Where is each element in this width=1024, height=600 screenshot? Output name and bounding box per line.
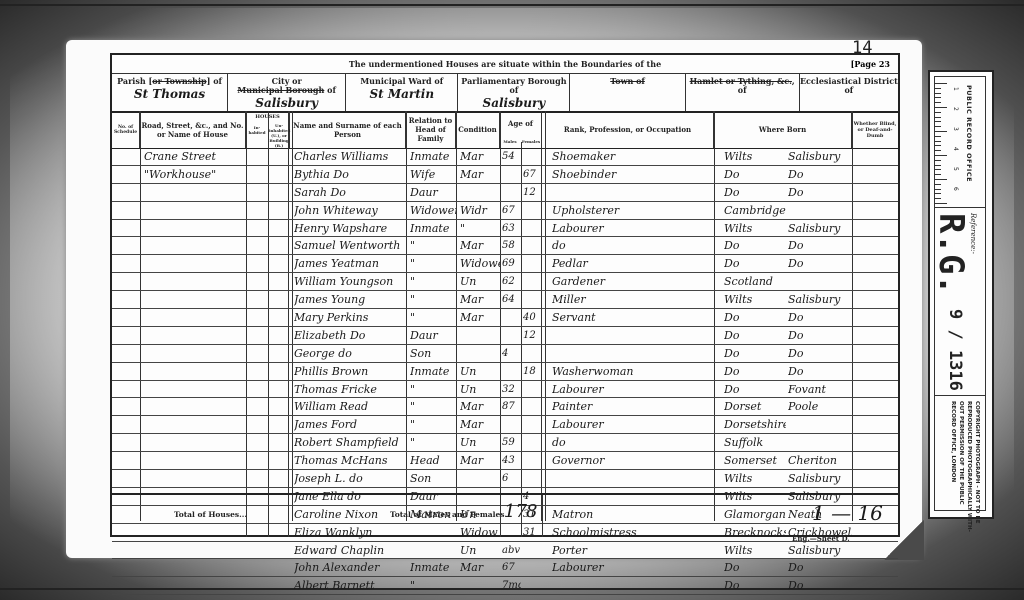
ruler-number: 6 [952,187,959,191]
cell-condition [460,470,500,487]
cell-condition: Mar [460,291,500,308]
cell-road [144,273,244,290]
cell-born-place: Do [788,309,852,326]
ruler-tick [935,179,947,180]
heading-text: The undermentioned Houses are situate wi… [349,59,661,69]
ruler-tick [935,97,941,98]
copyright-notice: COPYRIGHT PHOTOGRAPH - NOT TO BE REPRODU… [949,401,981,532]
cell-relation: " [410,398,456,415]
cell-born-place: Do [788,166,852,183]
table-row: Edward ChaplinUnabv 21PorterWiltsSalisbu… [112,542,898,560]
cell-occupation: do [552,237,712,254]
boundary-parliamentary: Parliamentary Borough of Salisbury [458,73,570,111]
ruler-tick [935,117,941,118]
cell-born-place: Do [788,577,852,594]
cell-male [502,327,521,344]
ruler-number: 4 [952,147,959,151]
ruler-tick [935,141,941,142]
cell-occupation [552,345,712,362]
ruler-tick [935,102,941,103]
boundary-ecclesiastical: Ecclesiastical District of [800,73,898,111]
cell-road [144,452,244,469]
ruler-tick [935,165,941,166]
cell-road [144,291,244,308]
ruler-tick [935,126,941,127]
cell-born-place: Salisbury [788,542,852,559]
cell-female [523,148,542,165]
cell-male: 63 [502,220,521,237]
cell-occupation: Shoebinder [552,166,712,183]
cell-relation: Daur [410,184,456,201]
cell-occupation [552,470,712,487]
ward-value: St Martin [346,87,457,101]
ruler-tick [935,93,941,94]
cell-female [523,220,542,237]
cell-born-county: Do [724,577,786,594]
cell-born-place: Fovant [788,381,852,398]
cell-occupation: Pedlar [552,255,712,272]
rule [268,495,269,537]
ruler-number: 1 [952,87,959,91]
header-name: Name and Surname of each Person [290,111,406,148]
cell-name: William Youngson [294,273,406,290]
cell-born-county: Dorsetshire [724,416,786,433]
ruler-tick [935,107,947,108]
cell-name: Henry Wapshare [294,220,406,237]
cell-born-place: Do [788,184,852,201]
city-value: Salisbury [228,96,345,110]
cell-occupation: do [552,434,712,451]
cell-road [144,202,244,219]
totals-row: Total of Houses... Total of Males and Fe… [112,493,898,537]
film-edge-top [0,4,1024,6]
header-road: Road, Street, &c., and No. or Name of Ho… [140,111,246,148]
cell-name: Phillis Brown [294,363,406,380]
ruler-tick [935,169,941,170]
cell-occupation: Shoemaker [552,148,712,165]
cell-name: John Alexander [294,559,406,576]
cell-born-place: Salisbury [788,291,852,308]
cell-condition: Widr [460,202,500,219]
cell-name: Charles Williams [294,148,406,165]
rule [542,495,543,537]
cell-female [523,202,542,219]
cell-male: 32 [502,381,521,398]
cell-relation: Inmate [410,220,456,237]
cell-born-county: Do [724,345,786,362]
cell-road [144,327,244,344]
cell-condition: " [460,220,500,237]
cell-female [523,291,542,308]
cell-road: "Workhouse" [144,166,244,183]
cell-name: Elizabeth Do [294,327,406,344]
cell-female: 40 [523,309,542,326]
cell-born-county: Scotland [724,273,786,290]
cell-occupation: Labourer [552,381,712,398]
cell-name: Thomas McHans [294,452,406,469]
cell-born-county: Do [724,166,786,183]
ruler-tick [935,131,947,132]
cell-relation: " [410,577,456,594]
ruler-tick [935,155,947,156]
boundary-hamlet: Hamlet or Tything, &c., of [686,73,800,111]
total-females: 8 [526,501,537,522]
cell-born-place [788,202,852,219]
header-occupation: Rank, Profession, or Occupation [542,111,714,148]
rule [500,495,501,537]
cell-male [502,166,521,183]
cell-relation: Inmate [410,559,456,576]
page-label: [Page 23 [851,55,890,73]
cell-male: 64 [502,291,521,308]
cell-born-county: Do [724,309,786,326]
cell-occupation: Upholsterer [552,202,712,219]
cell-female [523,416,542,433]
cell-name: Thomas Fricke [294,381,406,398]
parish-value: St Thomas [112,87,227,101]
sheet-heading: The undermentioned Houses are situate wi… [112,55,898,74]
cell-road [144,470,244,487]
header-blind: Whether Blind, or Deaf-and-Dumb [852,111,898,148]
cell-occupation: Governor [552,452,712,469]
cell-condition: Mar [460,452,500,469]
cell-relation: Inmate [410,148,456,165]
cell-condition: Mar [460,309,500,326]
cell-relation: " [410,434,456,451]
cell-born-place: Do [788,363,852,380]
boundaries-row: Parish [or Township] of St Thomas City o… [112,73,898,113]
ruler-tick [935,174,941,175]
cell-female [523,398,542,415]
cell-male: 67 [502,202,521,219]
cell-occupation: Painter [552,398,712,415]
cell-male: 58 [502,237,521,254]
cell-relation: Head [410,452,456,469]
table-row: Crane StreetCharles WilliamsInmateMar54S… [112,148,898,166]
cell-relation: " [410,237,456,254]
cell-name: Edward Chaplin [294,542,406,559]
cell-born-place: Salisbury [788,470,852,487]
ruler-number: 5 [952,167,959,171]
cell-occupation: Miller [552,291,712,308]
cell-born-place: Do [788,327,852,344]
total-houses-label: Total of Houses... [174,510,247,519]
header-males: Males [500,139,520,144]
cell-born-county: Dorset [724,398,786,415]
cell-female [523,434,542,451]
cell-relation: " [410,416,456,433]
cell-born-place [788,416,852,433]
piece-number: 9 / 1316 [945,309,965,391]
cell-male: 59 [502,434,521,451]
divider [935,395,985,396]
total-persons-label: Total of Males and Females... [390,510,512,519]
cell-road [144,220,244,237]
ruler-number: 2 [952,107,959,111]
cell-road [144,542,244,559]
boundary-city: City orMunicipal Borough of Salisbury [228,73,346,111]
header-inhabited: In-habited [247,125,267,135]
cell-condition [460,184,500,201]
rule [521,495,522,537]
cell-occupation: Porter [552,542,712,559]
cell-male [502,363,521,380]
cell-born-county: Suffolk [724,434,786,451]
table-row: Sarah DoDaur12DoDo [112,184,898,202]
cell-relation: Son [410,470,456,487]
cell-condition: Widower [460,255,500,272]
header-schedule: No. of Schedule [112,111,140,148]
cell-relation: " [410,273,456,290]
header-females: Females [521,139,541,144]
cell-male: 4 [502,345,521,362]
cell-male: 62 [502,273,521,290]
cell-born-place [788,273,852,290]
cell-occupation: Labourer [552,559,712,576]
cell-male: 43 [502,452,521,469]
ruler-number: 3 [952,127,959,131]
cell-female: 67 [523,166,542,183]
table-row: William Read"Mar87PainterDorsetPoole [112,398,898,416]
table-row: Elizabeth DoDaur12DoDo [112,327,898,345]
cell-name: James Yeatman [294,255,406,272]
ruler-tick [935,145,941,146]
table-row: James Ford"MarLabourerDorsetshire [112,416,898,434]
cell-born-county: Do [724,184,786,201]
cell-born-county: Wilts [724,220,786,237]
table-row: "Workhouse"Bythia DoWifeMar67ShoebinderD… [112,166,898,184]
cell-name: George do [294,345,406,362]
table-row: Samuel Wentworth"Mar58doDoDo [112,237,898,255]
table-row: John WhitewayWidowerWidr67UpholstererCam… [112,202,898,220]
cell-condition: Un [460,434,500,451]
cell-female: 12 [523,327,542,344]
header-uninhabited: Un-inhabited (U.), or Building (B.) [269,123,289,148]
cell-male [502,309,521,326]
cell-born-county: Do [724,327,786,344]
table-row: Thomas Fricke"Un32LabourerDoFovant [112,381,898,399]
cell-born-place: Do [788,559,852,576]
cell-road [144,345,244,362]
cell-condition: Mar [460,148,500,165]
table-row: Thomas McHansHeadMar43GovernorSomersetCh… [112,452,898,470]
cell-road [144,237,244,254]
cell-born-county: Do [724,559,786,576]
cell-relation: Son [410,345,456,362]
parliamentary-value: Salisbury [458,96,569,110]
pro-title: PUBLIC RECORD OFFICE [965,85,973,182]
cell-born-county: Wilts [724,148,786,165]
cell-born-county: Somerset [724,452,786,469]
cell-born-place: Do [788,255,852,272]
header-condition: Condition [456,111,500,148]
ruler-tick [935,189,941,190]
cell-occupation: Gardener [552,273,712,290]
cell-occupation [552,577,712,594]
cell-female [523,559,542,576]
rule [246,495,247,537]
cell-female [523,345,542,362]
cell-name: James Young [294,291,406,308]
ruler-tick [935,160,941,161]
table-row: James Yeatman"Widower69PedlarDoDo [112,255,898,273]
cell-occupation: Servant [552,309,712,326]
cell-name: Joseph L. do [294,470,406,487]
cell-born-place: Do [788,345,852,362]
cell-road [144,416,244,433]
ruler-tick [935,112,941,113]
cell-condition: Un [460,363,500,380]
cell-name: Albert Barnett [294,577,406,594]
cell-condition: Un [460,273,500,290]
table-row: Robert Shampfield"Un59doSuffolk [112,434,898,452]
cell-relation: Daur [410,327,456,344]
reference-card: PUBLIC RECORD OFFICE 123456 Reference:- … [928,70,994,519]
reference-card-inner: PUBLIC RECORD OFFICE 123456 Reference:- … [934,76,986,511]
cell-name: Samuel Wentworth [294,237,406,254]
table-row: Henry WapshareInmate"63LabourerWiltsSali… [112,220,898,238]
ruler-tick [935,121,941,122]
cell-condition: Mar [460,559,500,576]
cell-born-county: Wilts [724,291,786,308]
cell-male: 6 [502,470,521,487]
total-males: 17 [504,501,527,522]
cell-male: 54 [502,148,521,165]
ruler: PUBLIC RECORD OFFICE 123456 [935,77,985,208]
cell-born-county: Cambridgeshire [724,202,786,219]
boundary-parish: Parish [or Township] of St Thomas [112,73,228,111]
table-row: Joseph L. doSon6WiltsSalisbury [112,470,898,488]
cell-male: 7mo [502,577,521,594]
ruler-tick [935,136,941,137]
cell-born-place: Poole [788,398,852,415]
ruler-tick [935,184,941,185]
ruler-tick [935,203,947,204]
cell-born-place: Cheriton [788,452,852,469]
cell-relation [410,542,456,559]
cell-relation: " [410,309,456,326]
cell-relation: " [410,381,456,398]
column-headers: No. of Schedule Road, Street, &c., and N… [112,111,898,149]
cell-born-county: Do [724,381,786,398]
cell-born-place: Salisbury [788,148,852,165]
cell-female [523,381,542,398]
cell-name: John Whiteway [294,202,406,219]
cell-road [144,577,244,594]
cell-male: 67 [502,559,521,576]
cell-occupation: Labourer [552,220,712,237]
cell-female [523,237,542,254]
cell-female [523,577,542,594]
table-row: James Young"Mar64MillerWiltsSalisbury [112,291,898,309]
cell-occupation [552,184,712,201]
cell-male: 69 [502,255,521,272]
cell-female [523,452,542,469]
cell-name: James Ford [294,416,406,433]
table-row: Mary Perkins"Mar40ServantDoDo [112,309,898,327]
boundary-ward: Municipal Ward of St Martin [346,73,458,111]
cell-condition: Mar [460,237,500,254]
cell-born-county: Do [724,255,786,272]
cell-road [144,255,244,272]
cell-born-county: Do [724,363,786,380]
cell-male: abv 21 [502,542,521,559]
cell-female [523,542,542,559]
table-row: John AlexanderInmateMar67LabourerDoDo [112,559,898,577]
cell-road [144,381,244,398]
cell-road: Crane Street [144,148,244,165]
ruler-tick [935,193,941,194]
cell-born-place: Do [788,237,852,254]
ruler-tick [935,88,941,89]
ruler-tick [935,150,941,151]
cell-occupation: Labourer [552,416,712,433]
cell-female [523,470,542,487]
cell-road [144,398,244,415]
cell-road [144,363,244,380]
tally-mark: 1 — 16 [812,501,883,525]
form-footer: Eng.—Sheet D. [792,534,850,543]
cell-born-place [788,434,852,451]
cell-female [523,273,542,290]
ruler-tick [935,83,947,84]
cell-road [144,559,244,576]
cell-condition [460,327,500,344]
cell-name: William Read [294,398,406,415]
cell-relation: " [410,291,456,308]
cell-relation: Widower [410,202,456,219]
cell-condition: Un [460,381,500,398]
cell-occupation: Washerwoman [552,363,712,380]
cell-road [144,184,244,201]
cell-occupation [552,327,712,344]
cell-condition: Mar [460,398,500,415]
class-code: R.G. [931,213,971,295]
cell-name: Sarah Do [294,184,406,201]
cell-male [502,184,521,201]
table-row: Albert Barnett"7moDoDo [112,577,898,595]
ruler-tick [935,198,941,199]
cell-condition [460,345,500,362]
cell-name: Robert Shampfield [294,434,406,451]
cell-name: Bythia Do [294,166,406,183]
rule [288,495,289,537]
cell-condition: Un [460,542,500,559]
cell-condition: Mar [460,416,500,433]
cell-born-county: Wilts [724,542,786,559]
cell-name: Mary Perkins [294,309,406,326]
table-row: William Youngson"Un62GardenerScotland [112,273,898,291]
cell-relation: Wife [410,166,456,183]
cell-relation: " [410,255,456,272]
cell-born-county: Do [724,237,786,254]
cell-born-place: Salisbury [788,220,852,237]
header-where-born: Where Born [714,111,852,148]
table-row: Phillis BrownInmateUn18WasherwomanDoDo [112,363,898,381]
cell-road [144,434,244,451]
cell-condition: Mar [460,166,500,183]
cell-born-county: Wilts [724,470,786,487]
cell-female [523,255,542,272]
boundary-town: Town of [570,73,685,111]
cell-female: 12 [523,184,542,201]
table-row: George doSon4DoDo [112,345,898,363]
cell-female: 18 [523,363,542,380]
census-sheet: The undermentioned Houses are situate wi… [110,53,900,537]
cell-condition [460,577,500,594]
cell-male [502,416,521,433]
cell-male: 87 [502,398,521,415]
